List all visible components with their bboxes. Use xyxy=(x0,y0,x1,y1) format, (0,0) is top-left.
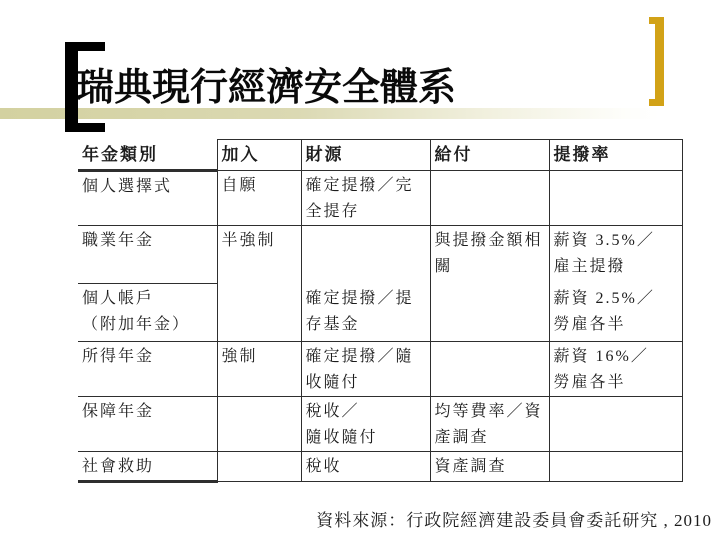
header-cell: 提撥率 xyxy=(549,140,682,171)
closing-bracket-icon xyxy=(649,17,664,106)
table-header-row: 年金類別 加入 財源 給付 提撥率 xyxy=(78,140,682,171)
table-cell: 稅收 xyxy=(301,452,430,482)
table-cell: 資產調查 xyxy=(430,452,549,482)
table-row: 保障年金 稅收／ 隨收隨付 均等費率／資 產調查 xyxy=(78,397,682,452)
table-cell: 個人帳戶 （附加年金） xyxy=(78,284,217,342)
table-cell: 社會救助 xyxy=(78,452,217,482)
opening-bracket-icon xyxy=(65,42,105,132)
table-row: 所得年金 強制 確定提撥／隨 收隨付 薪資 16%／ 勞雇各半 xyxy=(78,342,682,397)
header-cell: 年金類別 xyxy=(78,140,217,171)
slide: 瑞典現行經濟安全體系 年金類別 加入 財源 給付 提撥率 個人選擇式 自願 確定… xyxy=(0,0,720,540)
header-cell: 財源 xyxy=(301,140,430,171)
table-cell: 確定提撥／提 存基金 xyxy=(301,284,430,342)
slide-title: 瑞典現行經濟安全體系 xyxy=(76,56,456,111)
table-cell xyxy=(430,284,549,342)
table-cell: 薪資 3.5%／ 雇主提撥 xyxy=(549,226,682,284)
table-cell xyxy=(430,342,549,397)
table-cell xyxy=(549,397,682,452)
table-cell: 保障年金 xyxy=(78,397,217,452)
table-cell: 薪資 16%／ 勞雇各半 xyxy=(549,342,682,397)
table-cell: 半強制 xyxy=(217,226,301,284)
table-row: 個人選擇式 自願 確定提撥／完 全提存 xyxy=(78,171,682,226)
table-cell: 強制 xyxy=(217,342,301,397)
table-cell: 確定提撥／完 全提存 xyxy=(301,171,430,226)
table-cell xyxy=(549,452,682,482)
table-cell: 職業年金 xyxy=(78,226,217,284)
table-cell: 稅收／ 隨收隨付 xyxy=(301,397,430,452)
table-cell: 與提撥金額相 關 xyxy=(430,226,549,284)
header-cell: 給付 xyxy=(430,140,549,171)
table-cell: 確定提撥／隨 收隨付 xyxy=(301,342,430,397)
pension-table: 年金類別 加入 財源 給付 提撥率 個人選擇式 自願 確定提撥／完 全提存 職業… xyxy=(78,139,683,483)
table-cell xyxy=(301,226,430,284)
table-cell: 所得年金 xyxy=(78,342,217,397)
table-cell: 均等費率／資 產調查 xyxy=(430,397,549,452)
source-note: 資料來源：行政院經濟建設委員會委託研究 , 2010 xyxy=(316,506,712,531)
table-cell xyxy=(430,171,549,226)
table-row: 職業年金 半強制 與提撥金額相 關 薪資 3.5%／ 雇主提撥 xyxy=(78,226,682,284)
table-cell: 自願 xyxy=(217,171,301,226)
table-cell xyxy=(217,452,301,482)
header-cell: 加入 xyxy=(217,140,301,171)
table-cell xyxy=(549,171,682,226)
table-cell xyxy=(217,284,301,342)
table-row: 社會救助 稅收 資產調查 xyxy=(78,452,682,482)
table-cell: 個人選擇式 xyxy=(78,171,217,226)
table-cell xyxy=(217,397,301,452)
table-cell: 薪資 2.5%／ 勞雇各半 xyxy=(549,284,682,342)
table-row: 個人帳戶 （附加年金） 確定提撥／提 存基金 薪資 2.5%／ 勞雇各半 xyxy=(78,284,682,342)
